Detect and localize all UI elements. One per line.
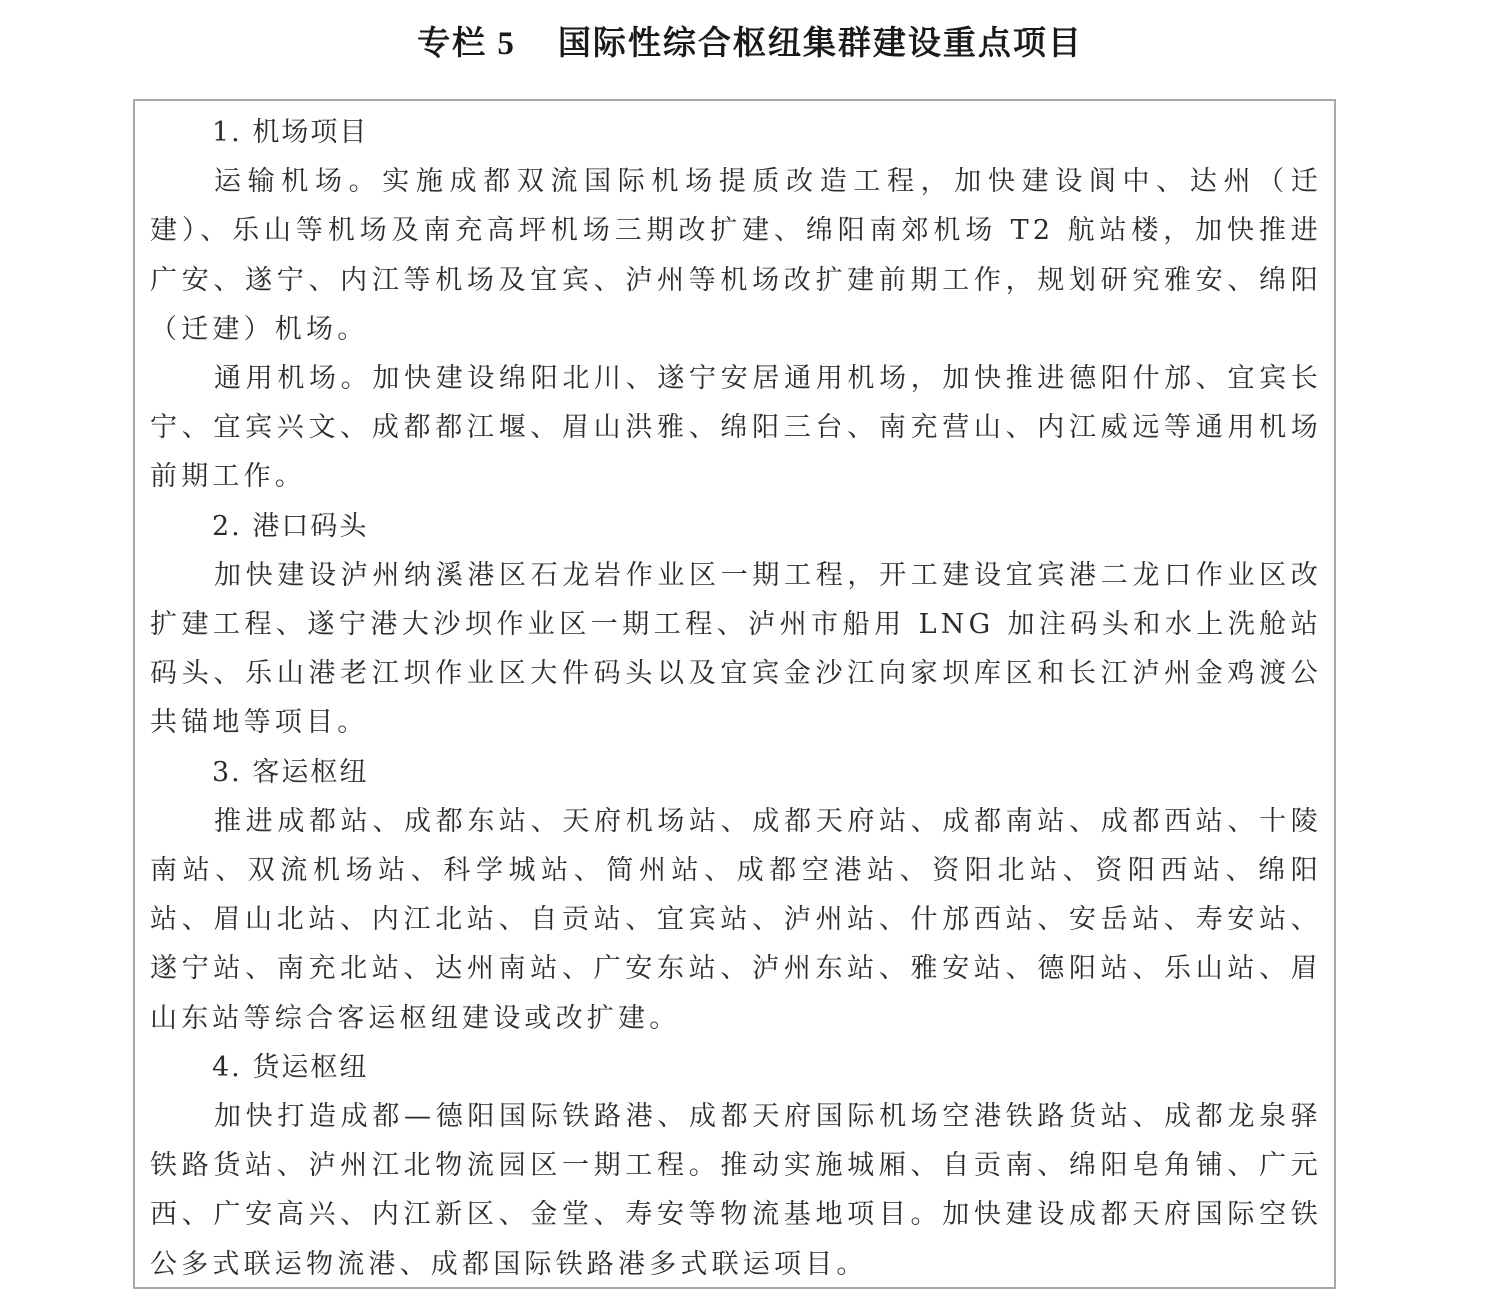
section-passenger-hubs: 3. 客运枢纽 推进成都站、成都东站、天府机场站、成都天府站、成都南站、成都西站…	[150, 748, 1322, 1043]
paragraph-passenger-hubs: 推进成都站、成都东站、天府机场站、成都天府站、成都南站、成都西站、十陵南站、双流…	[150, 797, 1322, 1043]
paragraph-transport-airports: 运输机场。实施成都双流国际机场提质改造工程，加快建设阆中、达州（迁建）、乐山等机…	[150, 157, 1322, 354]
section-heading: 4. 货运枢纽	[150, 1043, 1322, 1092]
paragraph-general-airports: 通用机场。加快建设绵阳北川、遂宁安居通用机场，加快推进德阳什邡、宜宾长宁、宜宾兴…	[150, 354, 1322, 502]
section-heading: 1. 机场项目	[150, 108, 1322, 157]
section-heading: 3. 客运枢纽	[150, 748, 1322, 797]
section-heading: 2. 港口码头	[150, 502, 1322, 551]
section-freight-hubs: 4. 货运枢纽 加快打造成都—德阳国际铁路港、成都天府国际机场空港铁路货站、成都…	[150, 1043, 1322, 1289]
paragraph-ports: 加快建设泸州纳溪港区石龙岩作业区一期工程，开工建设宜宾港二龙口作业区改扩建工程、…	[150, 551, 1322, 748]
section-airports: 1. 机场项目 运输机场。实施成都双流国际机场提质改造工程，加快建设阆中、达州（…	[150, 108, 1322, 502]
paragraph-freight-hubs: 加快打造成都—德阳国际铁路港、成都天府国际机场空港铁路货站、成都龙泉驿铁路货站、…	[150, 1092, 1322, 1289]
section-ports: 2. 港口码头 加快建设泸州纳溪港区石龙岩作业区一期工程，开工建设宜宾港二龙口作…	[150, 502, 1322, 748]
page-title: 专栏 5国际性综合枢纽集群建设重点项目	[0, 18, 1500, 69]
column-content: 1. 机场项目 运输机场。实施成都双流国际机场提质改造工程，加快建设阆中、达州（…	[150, 108, 1322, 1289]
column-label: 专栏 5	[417, 26, 516, 62]
column-title: 国际性综合枢纽集群建设重点项目	[558, 23, 1083, 62]
